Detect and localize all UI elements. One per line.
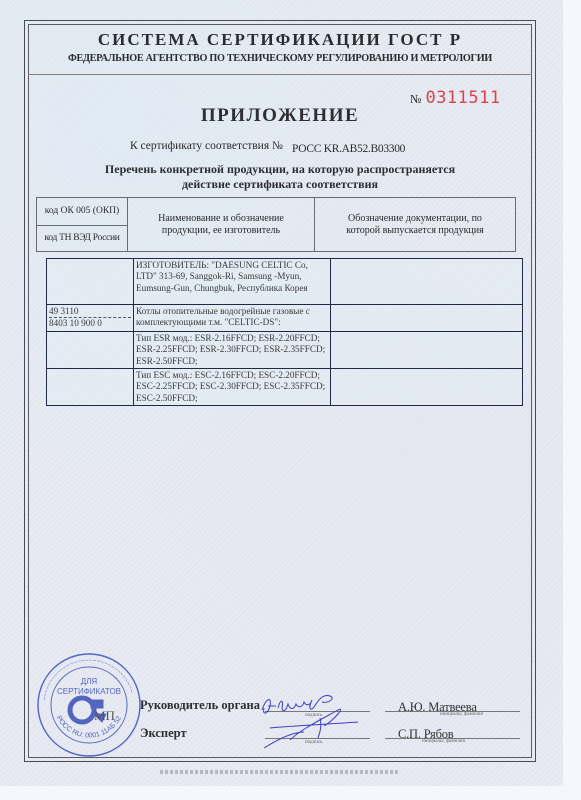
head-label: Руководитель органа xyxy=(140,698,260,713)
product-cell: ИЗГОТОВИТЕЛЬ: "DAESUNG CELTIC Co, LTD" 3… xyxy=(134,259,331,305)
product-cell: Тип ESC мод.: ESC-2.16FFCD; ESC-2.20FFCD… xyxy=(134,369,331,406)
appendix-title: ПРИЛОЖЕНИЕ xyxy=(28,105,532,127)
table-row: Тип ESC мод.: ESC-2.16FFCD; ESC-2.20FFCD… xyxy=(47,369,523,406)
to-certificate-label: К сертификату соответствия № xyxy=(130,140,283,152)
expert-label: Эксперт xyxy=(140,726,187,741)
documentation-cell xyxy=(331,331,523,368)
table-row: ИЗГОТОВИТЕЛЬ: "DAESUNG CELTIC Co, LTD" 3… xyxy=(47,259,523,305)
expert-name-caption: инициалы, фамилия xyxy=(422,739,465,744)
header-divider xyxy=(28,74,532,75)
codes-header: код ОК 005 (ОКП) код ТН ВЭД России xyxy=(37,198,128,251)
documentation-header-text: Обозначение документации, по которой вып… xyxy=(330,213,500,237)
table-row: Тип ESR мод.: ESR-2.16FFCD; ESR-2.20FFCD… xyxy=(47,331,523,368)
code-cell: 49 31108403 10 900 0 xyxy=(47,305,134,332)
table-header: код ОК 005 (ОКП) код ТН ВЭД России Наиме… xyxy=(36,197,516,252)
documentation-cell xyxy=(331,305,523,332)
code-cell xyxy=(47,259,134,305)
product-code: 8403 10 900 0 xyxy=(49,318,131,329)
seal-stamp: ~~~~~~~~~~~~~~~~~~~~~~~~~~~~~~~~ ДЛЯ СЕР… xyxy=(34,650,144,760)
list-title-line2: действие сертификата соответствия xyxy=(28,177,532,192)
list-title-line1: Перечень конкретной продукции, на котору… xyxy=(28,162,532,177)
product-cell: Котлы отопительные водогрейные газовые с… xyxy=(134,305,331,332)
handwritten-signatures xyxy=(250,688,360,750)
code-cell xyxy=(47,369,134,406)
footer-print-note xyxy=(160,770,400,774)
okp-code-header: код ОК 005 (ОКП) xyxy=(37,198,127,226)
seal-label: МП xyxy=(94,708,115,723)
number-sign: № xyxy=(410,92,421,106)
documentation-cell xyxy=(331,259,523,305)
tnved-code-header: код ТН ВЭД России xyxy=(37,225,127,251)
certificate-page: СИСТЕМА СЕРТИФИКАЦИИ ГОСТ Р ФЕДЕРАЛЬНОЕ … xyxy=(0,0,563,786)
product-cell: Тип ESR мод.: ESR-2.16FFCD; ESR-2.20FFCD… xyxy=(134,331,331,368)
certificate-number: РОСС KR.AB52.B03300 xyxy=(292,143,405,155)
agency-title: ФЕДЕРАЛЬНОЕ АГЕНТСТВО ПО ТЕХНИЧЕСКОМУ РЕ… xyxy=(28,53,532,64)
svg-text:ДЛЯ: ДЛЯ xyxy=(81,677,98,686)
product-list-title: Перечень конкретной продукции, на котору… xyxy=(28,162,532,192)
table-row: 49 31108403 10 900 0Котлы отопительные в… xyxy=(47,305,523,332)
product-name-header-text: Наименование и обозначение продукции, ее… xyxy=(151,213,291,237)
product-name-header: Наименование и обозначение продукции, ее… xyxy=(128,198,315,251)
svg-text:СЕРТИФИКАТОВ: СЕРТИФИКАТОВ xyxy=(57,687,121,696)
product-code: 49 3110 xyxy=(49,306,131,318)
products-table: ИЗГОТОВИТЕЛЬ: "DAESUNG CELTIC Co, LTD" 3… xyxy=(46,258,523,406)
head-name-caption: инициалы, фамилия xyxy=(440,712,483,717)
documentation-header: Обозначение документации, по которой вып… xyxy=(315,198,515,251)
documentation-cell xyxy=(331,369,523,406)
system-title: СИСТЕМА СЕРТИФИКАЦИИ ГОСТ Р xyxy=(28,30,532,50)
code-cell xyxy=(47,331,134,368)
